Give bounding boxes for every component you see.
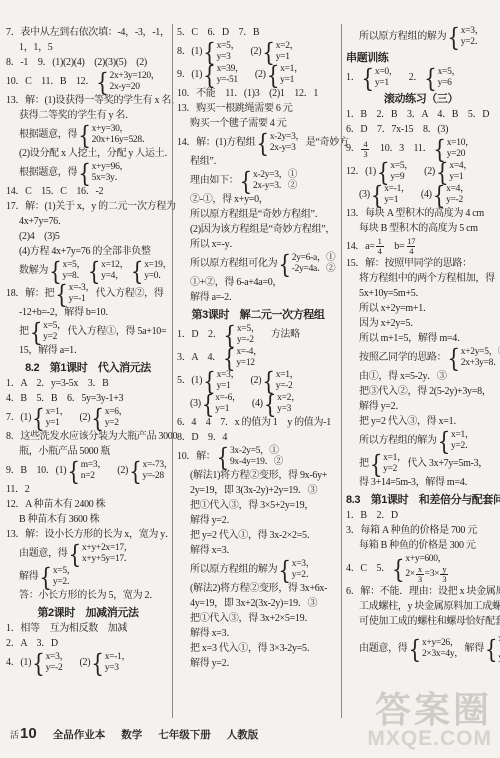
- text: 15，解得 a=1．: [19, 344, 84, 358]
- left-brace-icon: {: [202, 392, 214, 417]
- answer-line: (解法2)将方程②变形，得 3x+6x-: [177, 582, 339, 596]
- text: 9．(1): [177, 68, 202, 82]
- footer-publisher: 人教版: [227, 727, 259, 742]
- answer-line: 1．D 2．{x=5，y=-2 方法略: [177, 324, 339, 346]
- answer-line: 解得 a=-2．: [177, 291, 339, 305]
- answer-line: 把③代入②，得 2(5-2y)+3y=8，: [346, 385, 496, 399]
- text: 10．不能 11．(1)3 (2)1 12．1: [177, 87, 318, 101]
- text: 2x-y=3: [270, 143, 296, 154]
- answer-line: 4．C 5．{x+y=600，2×x3=3×y3: [346, 554, 496, 584]
- left-brace-icon: {: [78, 123, 90, 148]
- text: 9．B 10．(1): [6, 464, 66, 478]
- text: 4x+7y=76．: [19, 215, 68, 229]
- text: 第2课时 加减消元法: [37, 606, 138, 620]
- text: 12．(1): [346, 165, 376, 179]
- text: 13．每块 A 型积木的高度为 4 cm: [346, 207, 484, 221]
- equation-system: {x=5，y=2．: [39, 566, 76, 588]
- left-brace-icon: {: [78, 161, 90, 186]
- text: y=-2: [276, 381, 293, 392]
- equation-system: {x+y=600，2×x3=3×y3: [392, 554, 449, 584]
- equation-system: {x=39，y=-51: [203, 64, 244, 86]
- text: y=1: [280, 75, 294, 86]
- text: y=6: [438, 78, 452, 89]
- answer-line: 由题意，得{x+y+2x=17，x+y+5y=17．: [6, 543, 170, 565]
- text: y=2．: [292, 570, 315, 581]
- text: x=-4，: [236, 347, 262, 358]
- text: 获得二等奖的学生有 y 名．: [19, 109, 135, 123]
- answer-line: 所以原方程组可化为{2y=6-a，①-2y=4a．②: [177, 253, 339, 275]
- answer-line: 可使加工成的螺柱和螺母恰好配套．: [346, 615, 496, 629]
- text: 将方程组中的两个方程相加，得: [359, 272, 495, 286]
- text: y=1: [384, 195, 398, 206]
- text: x=5，: [63, 260, 86, 271]
- text: 把③代入②，得 2(5-2y)+3y=8，: [359, 385, 491, 399]
- text: y=-2: [237, 335, 254, 346]
- answer-line: 7．(1){x=1，y=1 (2){x=6，y=2: [6, 407, 170, 429]
- text: 1．B 2．D: [346, 509, 398, 523]
- text: 所以 x=-y．: [190, 238, 239, 252]
- text: 2x+3y=8．②: [461, 358, 500, 369]
- left-brace-icon: {: [55, 282, 67, 307]
- text: (4): [411, 188, 431, 202]
- answer-line: 1，1，5: [6, 41, 170, 55]
- answer-line: 所以原方程组的解为{x=3，y=2．: [177, 559, 339, 581]
- text: 4y=19，即 3x+2(3x-2y)=19．③: [190, 597, 317, 611]
- watermark: 答案圈 MXQE.COM: [367, 692, 492, 750]
- text: (4): [242, 397, 262, 411]
- equation-system: {2y=6-a，①-2y=4a．②: [278, 253, 335, 275]
- text: 把: [359, 457, 369, 471]
- text: (2)设分配 x 人挖土，分配 y 人运土．: [19, 147, 174, 161]
- answer-line: (2)因为该方程组是“奇妙方程组”，: [177, 223, 339, 237]
- text: 由题意，得: [359, 642, 408, 656]
- text: 购买一个毽子需要 4 元: [190, 117, 286, 131]
- text: 6．4 4 7．x 的值为 1 y 的值为-1: [177, 416, 331, 430]
- left-brace-icon: {: [96, 70, 108, 95]
- watermark-site: MXQE.COM: [367, 728, 492, 750]
- answer-column-right: 所以原方程组的解为{x=3，y=2．串题训练1．{x=0，y=1 2．{x=5，…: [346, 26, 496, 669]
- answer-line: 12．A 种苗木有 2400 株: [6, 498, 170, 512]
- answer-line: 把 y=2 代入③，得 x=1．: [346, 415, 496, 429]
- text: y=1: [215, 404, 229, 415]
- text: x=5，: [237, 324, 260, 335]
- equation-system: {x+y=96，5x=3y．: [78, 162, 129, 184]
- equation-system: {x=525，y=785．: [485, 630, 500, 668]
- answer-line: 14．解：(1)方程组{x-2y=3，2x-y=3是“奇妙方: [177, 132, 339, 154]
- left-brace-icon: {: [91, 406, 103, 431]
- answer-line: 1．B 2．B 3．A 4．B 5．D: [346, 108, 496, 122]
- text: 方法略: [261, 328, 300, 342]
- text: 7．(1): [6, 411, 31, 425]
- answer-line: 13．解：设小长方形的长为 x，宽为 y．: [6, 528, 170, 542]
- text: 2x+3y=120，: [110, 71, 160, 82]
- text: 4．C 5．: [346, 562, 391, 576]
- answer-line: 8．D 9．4: [177, 431, 339, 445]
- text: x=5，: [390, 161, 413, 172]
- equation-system: {x=5，y=2: [30, 321, 67, 343]
- text: 由①，得 x=5-2y．③: [359, 370, 447, 384]
- text: y=-1: [69, 294, 86, 305]
- text: 1．A 2．y=3-5x 3．B: [6, 377, 109, 391]
- answer-line: 根据题意，得{x+y=96，5x=3y．: [6, 162, 170, 184]
- text: 代入 3x+7y=5m-3，: [407, 457, 488, 471]
- text: x=4，: [449, 161, 472, 172]
- answer-line: 5．C 6．D 7．B: [177, 26, 339, 40]
- text: y=20: [447, 149, 465, 160]
- text: y=1: [217, 381, 231, 392]
- left-brace-icon: {: [371, 183, 383, 208]
- text: (解法2)将方程②变形，得 3x+6x-: [190, 582, 327, 596]
- answer-line: 1．B 2．D: [346, 509, 496, 523]
- answer-line: 由题意，得{x+y=26，2×3x=4y，解得{x=525，y=785．: [346, 630, 496, 668]
- answer-line: 把 y=2 代入①，得 3x-2×2=5．: [177, 529, 339, 543]
- left-brace-icon: {: [217, 445, 229, 470]
- text: x+y=96，: [92, 162, 129, 173]
- text: B 种苗木有 3600 株: [19, 513, 99, 527]
- text: x=2，: [276, 41, 299, 52]
- text: y=-51: [217, 75, 238, 86]
- answer-line: (3){x=-6，y=1 (4){x=2，y=3: [177, 393, 339, 415]
- left-brace-icon: {: [361, 66, 373, 91]
- text: (2): [245, 68, 265, 82]
- text: (2)4 (3)5: [19, 230, 60, 244]
- answer-column-left: 7．表中从左到右依次填：-4，-3，-1，1，1，58．-1 9．(1)(2)(…: [6, 26, 170, 675]
- left-brace-icon: {: [32, 651, 44, 676]
- text: y=2: [43, 332, 57, 343]
- text: 9x-4y=19．②: [230, 457, 283, 468]
- equation-system: {x=1，y=2: [370, 453, 407, 475]
- text: 5．C 6．D 7．B: [177, 26, 259, 40]
- answer-line: 所以原方程组是“奇妙方程组”．: [177, 208, 339, 222]
- equation-system: {x=-4，y=12: [223, 347, 262, 369]
- text: x=12，: [101, 260, 129, 271]
- text: (解法1)将方程②变形，得 9x-6y+: [190, 469, 327, 483]
- text: y=0．: [144, 271, 167, 282]
- fraction: 174: [405, 237, 417, 256]
- answer-line: 12．(1){x=5，y=9 (2){x=4，y=1: [346, 161, 496, 183]
- text: 解得 y=2．: [190, 657, 236, 671]
- text: x=3，: [46, 652, 69, 663]
- text: 由题意，得: [19, 547, 68, 561]
- equation-system: {3x-2y=5，①9x-4y=19．②: [217, 446, 283, 468]
- equation-system: {x+y=30，20x+16y=528．: [78, 124, 151, 146]
- left-brace-icon: {: [433, 183, 445, 208]
- answer-line: 3．每箱 A 种鱼的价格是 700 元: [346, 524, 496, 538]
- answer-line: 把①代入③，得 3x+2×5=19．: [177, 612, 339, 626]
- text: 12．A 种苗木有 2400 株: [6, 498, 105, 512]
- left-brace-icon: {: [278, 252, 290, 277]
- left-brace-icon: {: [203, 63, 215, 88]
- section-heading: 8.3 第1课时 和差倍分与配套问题: [346, 493, 496, 507]
- left-brace-icon: {: [88, 259, 100, 284]
- answer-line: 11．2: [6, 483, 170, 497]
- left-brace-icon: {: [409, 637, 421, 662]
- answer-line: 所以 x+2y=m+1．: [346, 302, 496, 316]
- text: 代入方程②，得: [96, 287, 164, 301]
- text: 解得: [465, 642, 484, 656]
- section-heading: 第2课时 加减消元法: [6, 606, 170, 620]
- text: x=39，: [217, 64, 245, 75]
- text: 工成螺柱，y 块金属原料加工成螺母，: [359, 600, 500, 614]
- text: y=-28: [143, 471, 164, 482]
- text: 15．解：按照甲同学的思路：: [346, 257, 472, 271]
- text: (2): [241, 374, 261, 388]
- text: x=6，: [105, 407, 128, 418]
- text: x=3，: [461, 26, 484, 37]
- text: 5x=3y．: [92, 173, 124, 184]
- text: x=10，: [447, 138, 475, 149]
- equation-system: {x-2y=3，①2x-y=3．②: [240, 170, 298, 192]
- text: x=1，: [276, 370, 299, 381]
- left-brace-icon: {: [67, 459, 79, 484]
- text: 2x-y=3．②: [253, 181, 297, 192]
- text: y=9: [390, 172, 404, 183]
- text: x=4，: [446, 184, 469, 195]
- text: x=5，: [438, 67, 461, 78]
- text: 17．解：(1)关于 x，y 的二元一次方程为: [6, 200, 176, 214]
- text: 所以原方程组的解为: [190, 563, 277, 577]
- text: 代入方程①，得 5a+10=: [67, 325, 166, 339]
- text: 每块 B 型积木的高度为 5 cm: [359, 222, 478, 236]
- text: 把①代入③，得 3x+2×5=19．: [190, 612, 314, 626]
- fraction: 43: [361, 140, 369, 159]
- equation-system: {x=3，y=-2: [32, 652, 69, 674]
- text: x=1，: [280, 64, 303, 75]
- text: 10．3 11．: [370, 142, 432, 156]
- text: 2．: [399, 71, 423, 85]
- text: 1，1，5: [19, 41, 53, 55]
- answer-line: 3．A 4．{x=-4，y=12: [177, 347, 339, 369]
- text: n=2: [81, 471, 95, 482]
- left-brace-icon: {: [278, 558, 290, 583]
- text: 把: [19, 325, 29, 339]
- text: 7．表中从左到右依次填：-4，-3，-1，: [6, 26, 170, 40]
- answer-line: 7．表中从左到右依次填：-4，-3，-1，: [6, 26, 170, 40]
- answer-line: 解得 y=2．: [346, 400, 496, 414]
- answer-line: 瓶，小瓶产品 5000 瓶: [6, 445, 170, 459]
- text: 把①代入③，得 3×5+2y=19，: [190, 499, 314, 513]
- left-brace-icon: {: [240, 169, 252, 194]
- text: x=1，: [46, 407, 69, 418]
- answer-line: 解得{x=5，y=2．: [6, 566, 170, 588]
- text: 所以原方程组可化为: [190, 257, 277, 271]
- text: 2y=19，即 3(3x-2y)+2y=19．③: [190, 484, 317, 498]
- text: 解得: [19, 570, 38, 584]
- answer-line: 工成螺柱，y 块金属原料加工成螺母，: [346, 600, 496, 614]
- text: 1．相等 互为相反数 加减: [6, 622, 127, 636]
- equation-system: {x=-1，y=1: [371, 184, 410, 206]
- text: x=-6，: [215, 393, 241, 404]
- answer-line: 10．不能 11．(1)3 (2)1 12．1: [177, 87, 339, 101]
- left-brace-icon: {: [223, 346, 235, 371]
- answer-line: 所以方程组的解为{x=1，y=2．: [346, 430, 496, 452]
- left-brace-icon: {: [69, 542, 81, 567]
- answer-line: 所以 m+1=5，解得 m=4．: [346, 332, 496, 346]
- fraction: y3: [440, 565, 448, 584]
- column-divider: [341, 24, 342, 718]
- text: x+y+5y=17．: [82, 554, 133, 565]
- answer-line: 解得 y=2．: [177, 657, 339, 671]
- text: y=3: [217, 52, 231, 63]
- text: 8．(1): [177, 45, 202, 59]
- answer-line: 9．(1){x=39，y=-51 (2){x=1，y=1: [177, 64, 339, 86]
- text: (2): [108, 464, 128, 478]
- answer-line: 根据题意，得{x+y=30，20x+16y=528．: [6, 124, 170, 146]
- answer-line: 每箱 B 种鱼的价格是 300 元: [346, 539, 496, 553]
- text: 每箱 B 种鱼的价格是 300 元: [359, 539, 476, 553]
- text: 2×: [405, 569, 415, 580]
- text: 滚动练习（三）: [384, 92, 458, 106]
- equation-system: {x+y+2x=17，x+y+5y=17．: [69, 543, 134, 565]
- left-brace-icon: {: [392, 557, 404, 582]
- left-brace-icon: {: [447, 346, 459, 371]
- equation-system: {x=-6，y=1: [202, 393, 241, 415]
- answer-line: 所以 x=-y．: [177, 238, 339, 252]
- text: 4．(1): [6, 656, 31, 670]
- answer-line: 6．D 7．7x-15 8．(3): [346, 123, 496, 137]
- answer-line: 答：小长方形的长为 5，宽为 2．: [6, 589, 170, 603]
- answer-line: 1．{x=0，y=1 2．{x=5，y=6: [346, 67, 496, 89]
- text: x=19，: [144, 260, 172, 271]
- text: 4．B 5．B 6．5y=3y-1+3: [6, 392, 123, 406]
- text: 3．每箱 A 种鱼的价格是 700 元: [346, 524, 477, 538]
- equation-system: {x=1，y=1: [32, 407, 69, 429]
- column-divider: [172, 24, 173, 718]
- left-brace-icon: {: [39, 565, 51, 590]
- answer-column-middle: 5．C 6．D 7．B8．(1){x=5，y=3 (2){x=2，y=19．(1…: [177, 26, 339, 672]
- equation-system: {x=3，y=2．: [447, 26, 484, 48]
- text: 解得 x=3．: [190, 544, 236, 558]
- text: y=-2: [46, 663, 63, 674]
- text: 瓶，小瓶产品 5000 瓶: [19, 445, 110, 459]
- answer-line: 6．解：不能．理由：设把 x 块金属原料加: [346, 585, 496, 599]
- section-heading: 第3课时 解二元一次方程组: [177, 308, 339, 322]
- text: 2y=6-a，①: [292, 253, 336, 264]
- text: x+y+2x=17，: [82, 543, 133, 554]
- page-footer: 活10 全品作业本 数学 七年级下册 人教版: [10, 725, 258, 742]
- answer-line: 理由如下：{x-2y=3，①2x-y=3．②: [177, 170, 339, 192]
- text: x=-73，: [143, 460, 173, 471]
- text: 按照乙同学的思路：: [359, 351, 446, 365]
- text: x+y=600，: [405, 554, 447, 565]
- answer-line: 解得 y=2．: [177, 514, 339, 528]
- text: 11．2: [6, 483, 29, 497]
- text: (2): [241, 45, 261, 59]
- text: 2x-y=20: [110, 82, 140, 93]
- text: 所以方程组的解为: [359, 434, 437, 448]
- text: x=1，: [383, 453, 406, 464]
- answer-line: 按照乙同学的思路：{x+2y=5，①2x+3y=8．②: [346, 347, 496, 369]
- equation-system: {x=4，y=-2: [433, 184, 470, 206]
- text: 6．解：不能．理由：设把 x 块金属原料加: [346, 585, 500, 599]
- text: x-2y=3，①: [253, 170, 297, 181]
- fraction: 14: [376, 237, 384, 256]
- text: (3): [190, 397, 201, 411]
- left-brace-icon: {: [447, 25, 459, 50]
- text: 所以 x+2y=m+1．: [359, 302, 433, 316]
- text: 14．a=: [346, 240, 375, 254]
- page-label-prefix: 活: [10, 730, 19, 740]
- answer-line: (2)4 (3)5: [6, 230, 170, 244]
- answer-line: 把{x=5，y=2代入方程①，得 5a+10=: [6, 321, 170, 343]
- text: 10．解：: [177, 450, 216, 464]
- answer-line: 13．购买一根跳绳需要 6 元: [177, 102, 339, 116]
- footer-book-title: 全品作业本: [53, 727, 106, 742]
- left-brace-icon: {: [32, 406, 44, 431]
- equation-system: {x=1，y=1: [267, 64, 304, 86]
- equation-system: {x=6，y=2: [91, 407, 128, 429]
- text: y=3: [105, 663, 119, 674]
- text: y=2．: [461, 37, 484, 48]
- answer-line: 因为 x+2y=5．: [346, 317, 496, 331]
- answer-line: 由①，得 x=5-2y．③: [346, 370, 496, 384]
- equation-system: {x+y=26，2×3x=4y，: [409, 638, 464, 660]
- text: y=1: [449, 172, 463, 183]
- answer-line: 所以原方程组的解为{x=3，y=2．: [346, 26, 496, 48]
- text: 把 y=2 代入①，得 3x-2×2=5．: [190, 529, 316, 543]
- equation-system: {x=3，y=2．: [278, 559, 315, 581]
- text: 5．(1): [177, 374, 202, 388]
- text: 13．购买一根跳绳需要 6 元: [177, 102, 293, 116]
- text: m=3，: [81, 460, 107, 471]
- text: 9．: [346, 142, 360, 156]
- answer-line: 把{x=1，y=2代入 3x+7y=5m-3，: [346, 453, 496, 475]
- equation-system: {x=-3，y=-1: [55, 283, 94, 305]
- answer-line: 将方程组中的两个方程相加，得: [346, 272, 496, 286]
- equation-system: {x-2y=3，2x-y=3: [256, 132, 304, 154]
- text: y=4，: [101, 271, 124, 282]
- text: x-2y=3，: [270, 132, 305, 143]
- answer-line: 4．(1){x=3，y=-2 (2){x=-1，y=3: [6, 652, 170, 674]
- answer-line: 15．解：按照甲同学的思路：: [346, 257, 496, 271]
- text: 解得 x=3．: [190, 627, 236, 641]
- page-label: 活10: [10, 725, 37, 742]
- answer-line: 1．A 2．y=3-5x 3．B: [6, 377, 170, 391]
- answer-line: (解法1)将方程②变形，得 9x-6y+: [177, 469, 339, 483]
- left-brace-icon: {: [129, 459, 141, 484]
- left-brace-icon: {: [370, 452, 382, 477]
- footer-grade: 七年级下册: [158, 727, 211, 742]
- text: y=1: [46, 418, 60, 429]
- text: 2×3x=4y，: [422, 649, 464, 660]
- text: y=-2: [446, 195, 463, 206]
- text: x=2，: [277, 393, 300, 404]
- text: 1．B 2．B 3．A 4．B 5．D: [346, 108, 489, 122]
- text: x=3，: [292, 559, 315, 570]
- equation-system: {x+2y=5，①2x+3y=8．②: [447, 347, 500, 369]
- answer-line: 2．A 3．D: [6, 637, 170, 651]
- equation-system: {x=2，y=3: [264, 393, 301, 415]
- text: 20x+16y=528．: [92, 135, 151, 146]
- text: 3x-2y=5，①: [230, 446, 279, 457]
- answer-line: ①+②，得 6-a+4a=0，: [177, 276, 339, 290]
- answer-line: 8．(1){x=5，y=3 (2){x=2，y=1: [177, 41, 339, 63]
- answer-line: 4y=19，即 3x+2(3x-2y)=19．③: [177, 597, 339, 611]
- text: 10．C 11．B 12．: [6, 75, 95, 89]
- text: ①+②，得 6-a+4a=0，: [190, 276, 282, 290]
- left-brace-icon: {: [424, 66, 436, 91]
- answer-line: 17．解：(1)关于 x，y 的二元一次方程为: [6, 200, 170, 214]
- text: x=5，: [217, 41, 240, 52]
- text: 把 x=3 代入①，得 3×3-2y=5．: [190, 642, 316, 656]
- answer-line: 1．相等 互为相反数 加减: [6, 622, 170, 636]
- text: =3×: [425, 569, 440, 580]
- text: (2): [70, 411, 90, 425]
- text: 根据题意，得: [19, 166, 77, 180]
- text: y=2: [383, 464, 397, 475]
- answer-line: 数解为{x=5，y=8．{x=12，y=4，{x=19，y=0．: [6, 260, 170, 282]
- text: 14．解：(1)方程组: [177, 136, 255, 150]
